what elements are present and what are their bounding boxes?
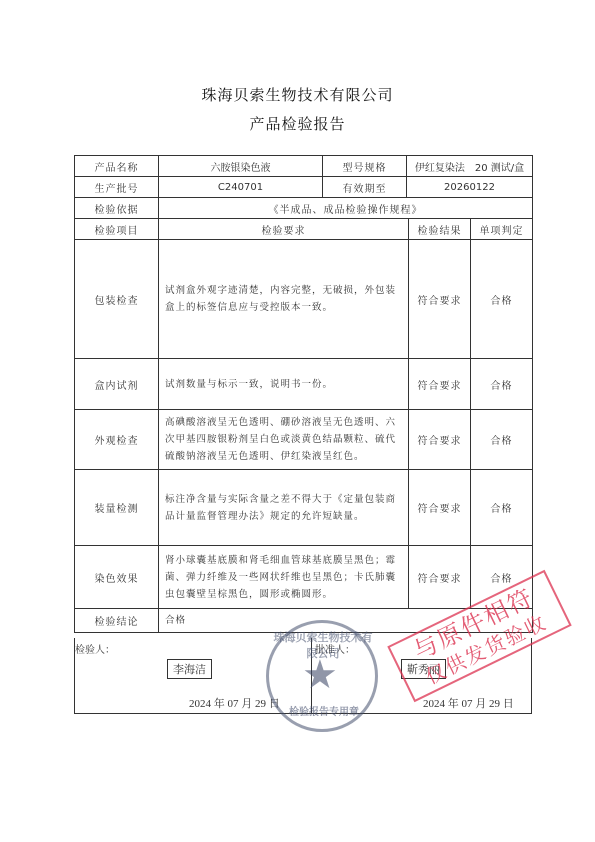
info-row-basis: 检验依据 《半成品、成品检验操作规程》 [75,198,533,219]
row-requirement: 试剂盒外观字迹清楚，内容完整，无破损，外包装盒上的标签信息应与受控版本一致。 [159,240,409,359]
header-row: 检验项目 检验要求 检验结果 单项判定 [75,219,533,240]
row-verdict: 合格 [471,359,533,410]
col-header-item: 检验项目 [75,219,159,240]
row-verdict: 合格 [471,240,533,359]
row-requirement: 高碘酸溶液呈无色透明、硼砂溶液呈无色透明、六次甲基四胺银粉剂呈白色或淡黄色结晶颗… [159,410,409,470]
batch-value: C240701 [159,177,323,198]
product-name-label: 产品名称 [75,156,159,177]
company-name: 珠海贝索生物技术有限公司 [0,84,595,105]
row-requirement: 标注净含量与实际含量之差不得大于《定量包装商品计量监督管理办法》规定的允许短缺量… [159,470,409,546]
col-header-result: 检验结果 [409,219,471,240]
inspector-date: 2024 年 07 月 29 日 [189,695,280,711]
row-item: 包装检查 [75,240,159,359]
info-row-product: 产品名称 六胺银染色液 型号规格 伊红复染法 20 测试/盒 [75,156,533,177]
row-result: 符合要求 [409,240,471,359]
model-value: 伊红复染法 20 测试/盒 [407,156,533,177]
basis-value: 《半成品、成品检验操作规程》 [159,198,533,219]
report-title: 产品检验报告 [0,113,595,134]
model-label: 型号规格 [323,156,407,177]
company-seal: 珠海贝索生物技术有限公司 ★ 检验报告专用章 [266,620,378,732]
row-result: 符合要求 [409,546,471,609]
row-item: 盒内试剂 [75,359,159,410]
table-row: 外观检查 高碘酸溶液呈无色透明、硼砂溶液呈无色透明、六次甲基四胺银粉剂呈白色或淡… [75,410,533,470]
product-name-value: 六胺银染色液 [159,156,323,177]
star-icon: ★ [302,655,338,695]
inspector-label: 检验人： [75,641,115,656]
inspector-name: 李海洁 [167,659,212,679]
row-result: 符合要求 [409,410,471,470]
row-item: 装量检测 [75,470,159,546]
row-verdict: 合格 [471,410,533,470]
info-row-batch: 生产批号 C240701 有效期至 20260122 [75,177,533,198]
row-result: 符合要求 [409,470,471,546]
row-requirement: 肾小球囊基底膜和肾毛细血管球基底膜呈黑色；霉菌、弹力纤维及一些网状纤维也呈黑色；… [159,546,409,609]
row-item: 染色效果 [75,546,159,609]
col-header-verdict: 单项判定 [471,219,533,240]
expiry-label: 有效期至 [323,177,407,198]
col-header-requirement: 检验要求 [159,219,409,240]
table-row: 装量检测 标注净含量与实际含量之差不得大于《定量包装商品计量监督管理办法》规定的… [75,470,533,546]
table-row: 包装检查 试剂盒外观字迹清楚，内容完整，无破损，外包装盒上的标签信息应与受控版本… [75,240,533,359]
conclusion-label: 检验结论 [75,609,159,633]
expiry-value: 20260122 [407,177,533,198]
company-seal-bottom-text: 检验报告专用章 [279,703,369,718]
approver-date: 2024 年 07 月 29 日 [423,695,514,711]
inspection-table: 产品名称 六胺银染色液 型号规格 伊红复染法 20 测试/盒 生产批号 C240… [74,155,533,219]
row-result: 符合要求 [409,359,471,410]
table-row: 染色效果 肾小球囊基底膜和肾毛细血管球基底膜呈黑色；霉菌、弹力纤维及一些网状纤维… [75,546,533,609]
results-table: 检验项目 检验要求 检验结果 单项判定 包装检查 试剂盒外观字迹清楚，内容完整，… [74,218,533,633]
row-verdict: 合格 [471,470,533,546]
row-item: 外观检查 [75,410,159,470]
basis-label: 检验依据 [75,198,159,219]
row-requirement: 试剂数量与标示一致，说明书一份。 [159,359,409,410]
table-row: 盒内试剂 试剂数量与标示一致，说明书一份。 符合要求 合格 [75,359,533,410]
batch-label: 生产批号 [75,177,159,198]
